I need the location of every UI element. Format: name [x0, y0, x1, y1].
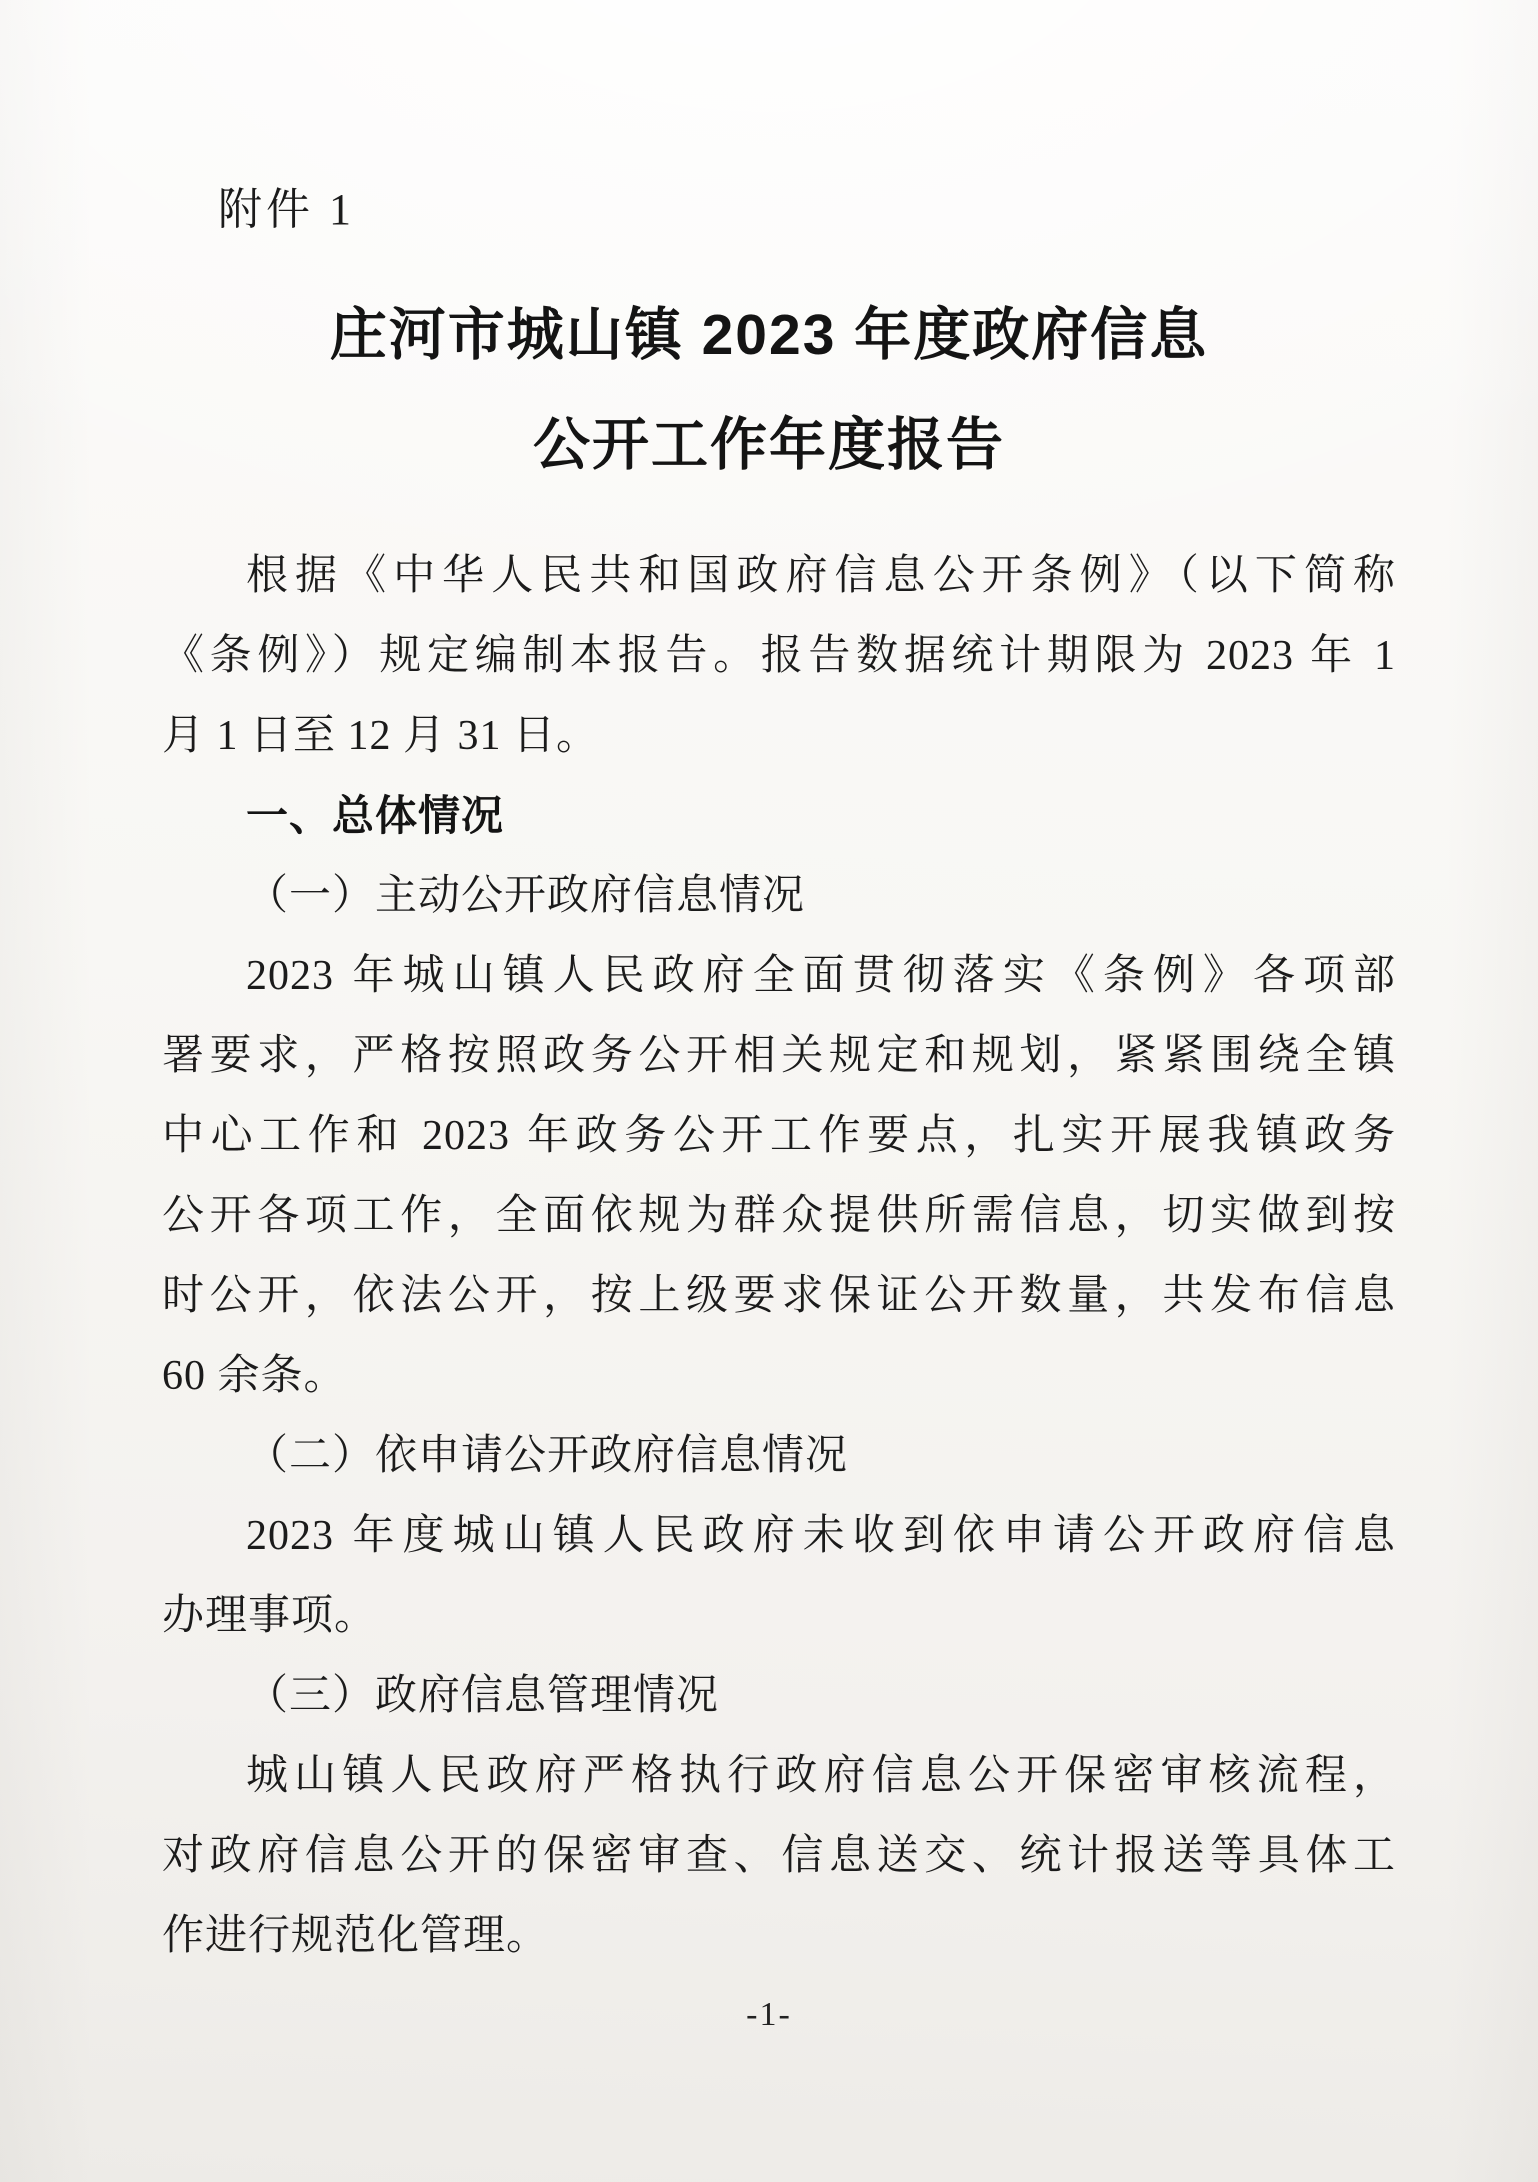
document-body: 根据《中华人民共和国政府信息公开条例》（以下简称 《条例》）规定编制本报告。报告…: [162, 536, 1396, 1976]
paragraph-management-line: 作进行规范化管理。: [162, 1896, 1396, 1976]
paragraph-proactive-line: 中心工作和 2023 年政务公开工作要点，扎实开展我镇政务: [162, 1096, 1396, 1176]
page-number: -1-: [0, 1996, 1538, 2034]
subsection-heading-proactive-disclosure: （一）主动公开政府信息情况: [162, 856, 1396, 936]
subsection-heading-info-management: （三）政府信息管理情况: [162, 1656, 1396, 1736]
document-title: 庄河市城山镇 2023 年度政府信息 公开工作年度报告: [0, 280, 1538, 500]
paragraph-request-line: 2023 年度城山镇人民政府未收到依申请公开政府信息: [162, 1496, 1396, 1576]
subsection-heading-upon-request: （二）依申请公开政府信息情况: [162, 1416, 1396, 1496]
paragraph-proactive-line: 公开各项工作，全面依规为群众提供所需信息，切实做到按: [162, 1176, 1396, 1256]
paragraph-intro-line: 《条例》）规定编制本报告。报告数据统计期限为 2023 年 1: [162, 616, 1396, 696]
paragraph-management-line: 对政府信息公开的保密审查、信息送交、统计报送等具体工: [162, 1816, 1396, 1896]
paragraph-request-line: 办理事项。: [162, 1576, 1396, 1656]
paragraph-proactive-line: 60 余条。: [162, 1336, 1396, 1416]
paragraph-proactive-line: 2023 年城山镇人民政府全面贯彻落实《条例》各项部: [162, 936, 1396, 1016]
paragraph-intro-line: 根据《中华人民共和国政府信息公开条例》（以下简称: [162, 536, 1396, 616]
attachment-label: 附件 1: [218, 186, 1538, 234]
paragraph-proactive-line: 时公开，依法公开，按上级要求保证公开数量，共发布信息: [162, 1256, 1396, 1336]
paragraph-intro-line: 月 1 日至 12 月 31 日。: [162, 696, 1396, 776]
section-heading-overall: 一、总体情况: [162, 776, 1396, 856]
document-title-line-2: 公开工作年度报告: [0, 390, 1538, 500]
paragraph-proactive-line: 署要求，严格按照政务公开相关规定和规划，紧紧围绕全镇: [162, 1016, 1396, 1096]
paragraph-management-line: 城山镇人民政府严格执行政府信息公开保密审核流程，: [162, 1736, 1396, 1816]
scanned-document-page: 附件 1 庄河市城山镇 2023 年度政府信息 公开工作年度报告 根据《中华人民…: [0, 0, 1538, 2182]
document-title-line-1: 庄河市城山镇 2023 年度政府信息: [0, 280, 1538, 390]
